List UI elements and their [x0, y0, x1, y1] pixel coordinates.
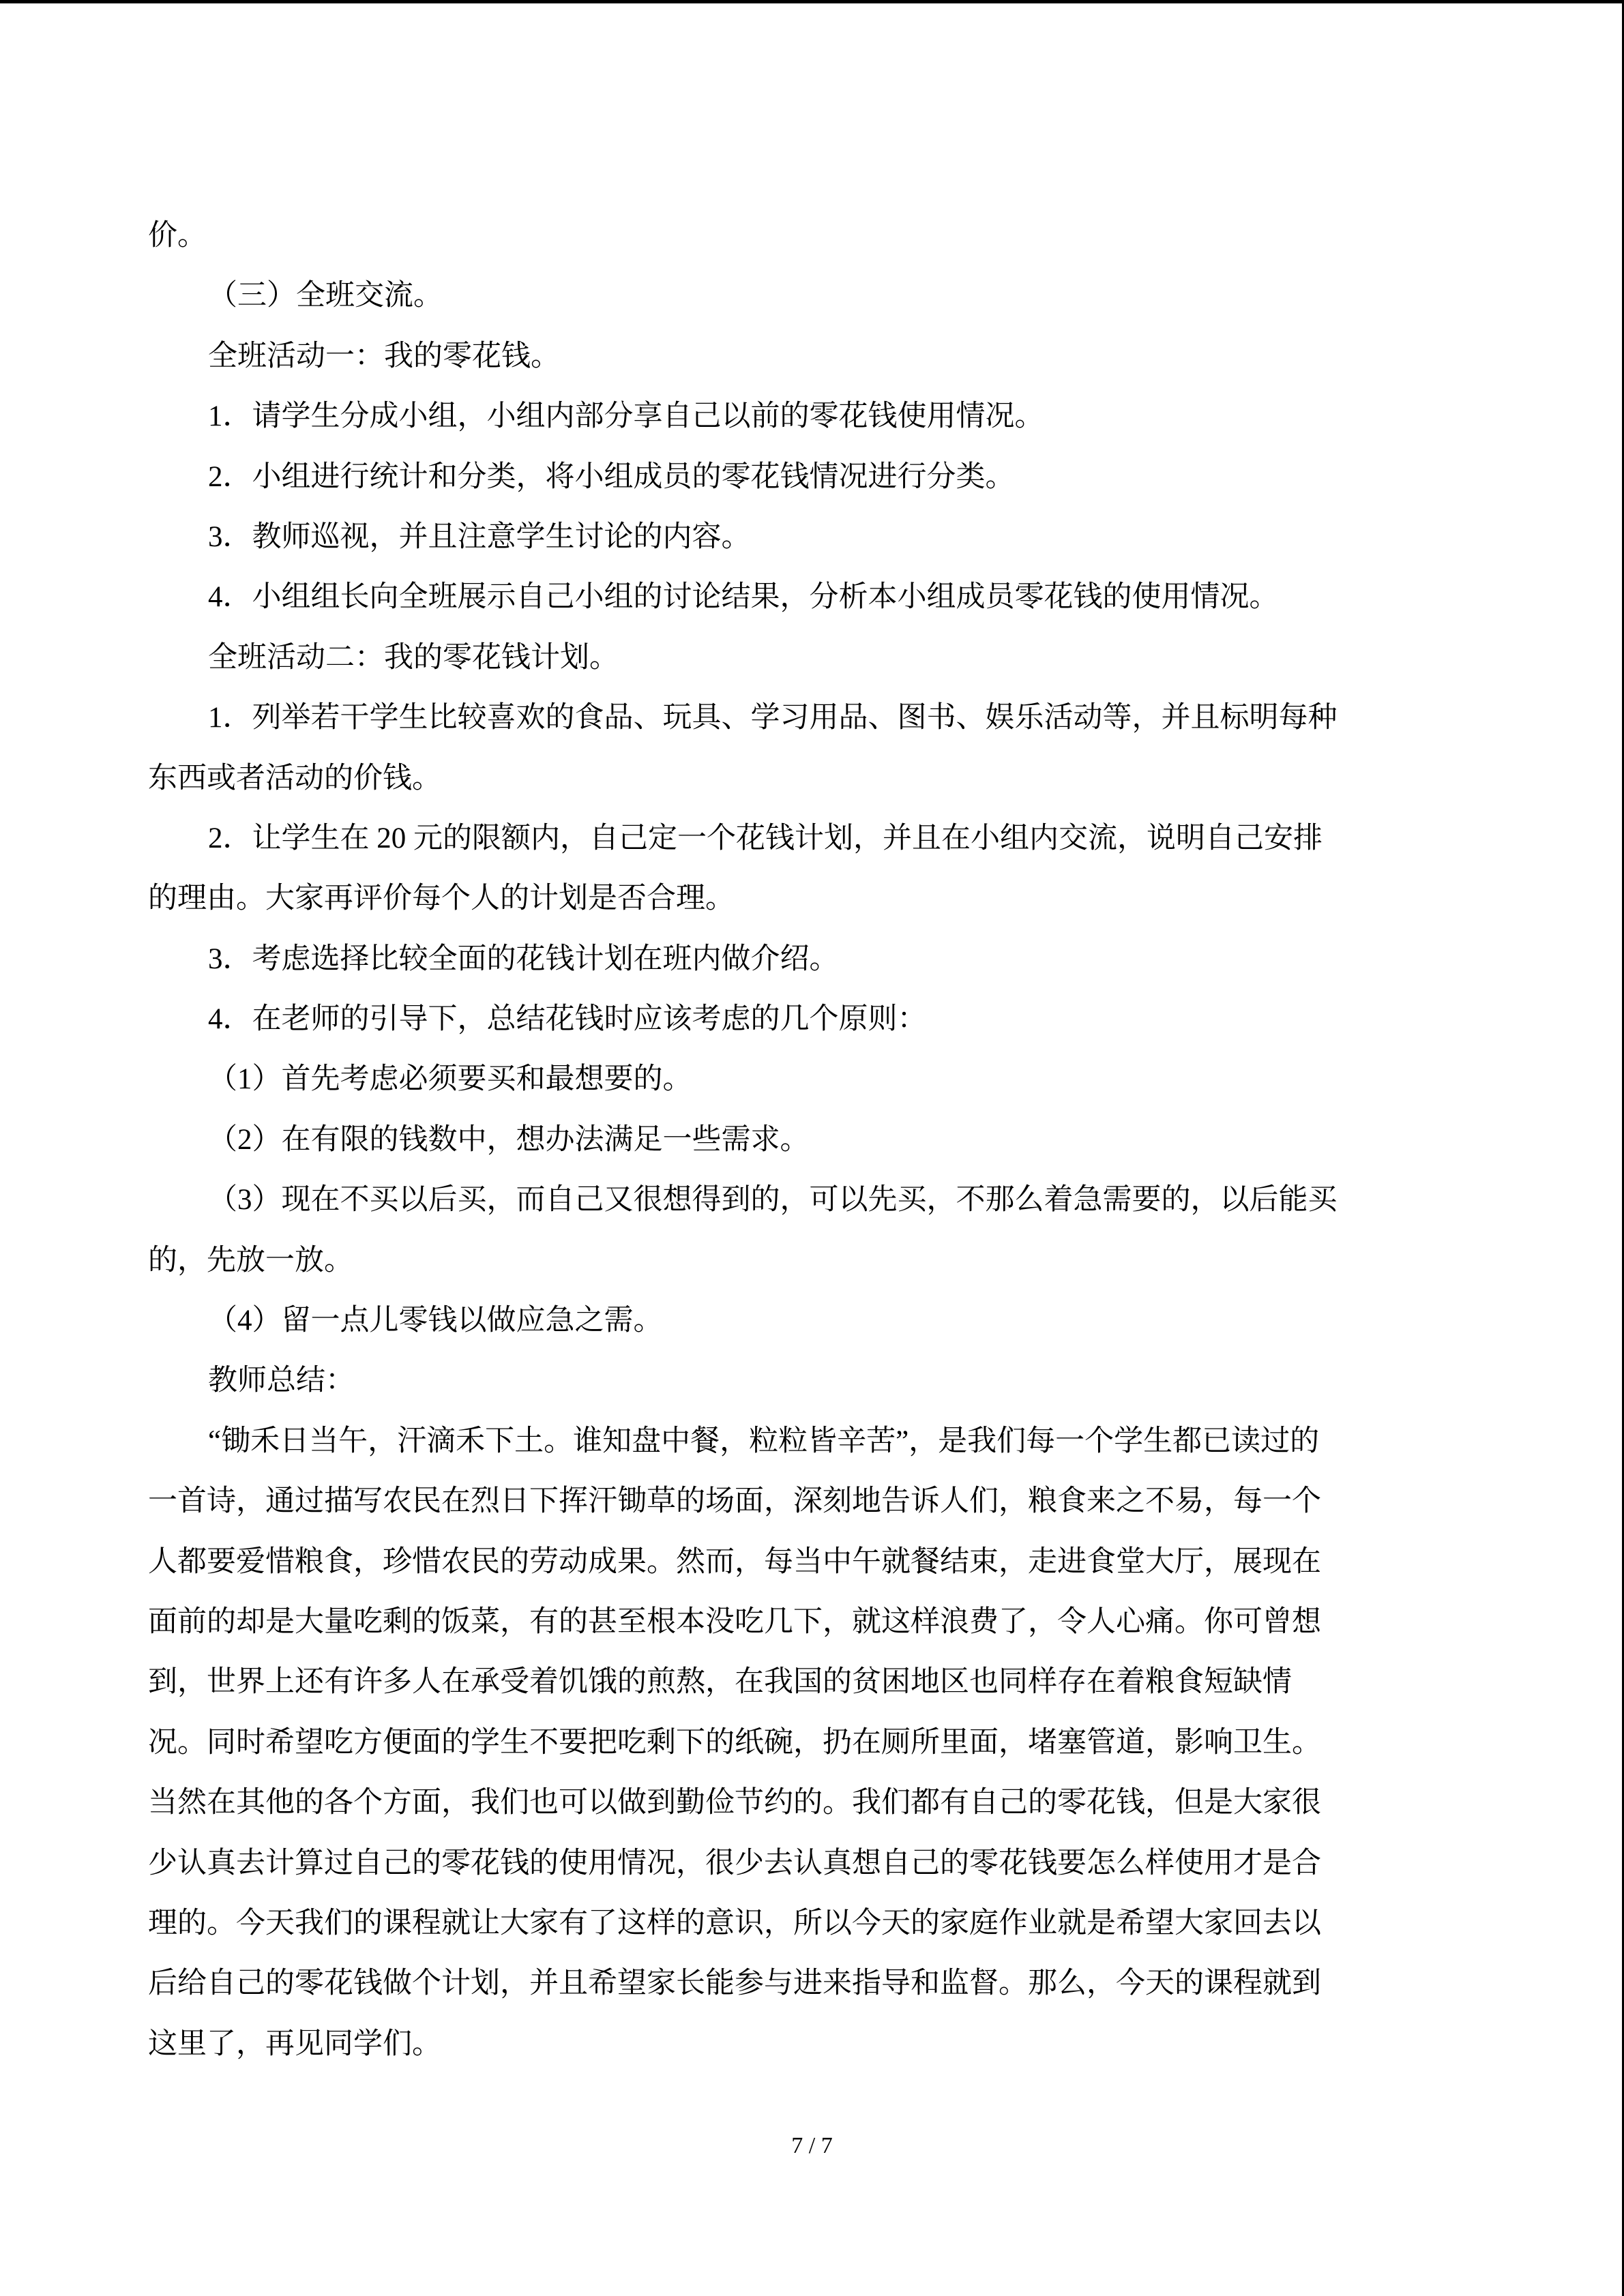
text-line: （3）现在不买以后买，而自己又很想得到的，可以先买，不那么着急需要的，以后能买 [148, 1170, 1526, 1230]
text-line: 的，先放一放。 [148, 1231, 1526, 1291]
text-line: 的理由。大家再评价每个人的计划是否合理。 [148, 869, 1526, 929]
text-line: 教师总结： [148, 1351, 1526, 1411]
text-line: 当然在其他的各个方面，我们也可以做到勤俭节约的。我们都有自己的零花钱，但是大家很 [148, 1773, 1526, 1833]
text-line: （三）全班交流。 [148, 266, 1526, 326]
text-line: 到，世界上还有许多人在承受着饥饿的煎熬，在我国的贫困地区也同样存在着粮食短缺情 [148, 1652, 1526, 1712]
page-top-border [0, 0, 1624, 3]
page-number: 7 / 7 [0, 2129, 1624, 2163]
text-line: 3．教师巡视，并且注意学生讨论的内容。 [148, 507, 1526, 567]
text-line: 这里了，再见同学们。 [148, 2014, 1526, 2074]
text-line: 1．列举若干学生比较喜欢的食品、玩具、学习用品、图书、娱乐活动等，并且标明每种 [148, 688, 1526, 748]
text-line: （1）首先考虑必须要买和最想要的。 [148, 1049, 1526, 1109]
text-line: 2．小组进行统计和分类，将小组成员的零花钱情况进行分类。 [148, 447, 1526, 507]
text-line: （4）留一点儿零钱以做应急之需。 [148, 1291, 1526, 1351]
text-line: 一首诗，通过描写农民在烈日下挥汗锄草的场面，深刻地告诉人们，粮食来之不易，每一个 [148, 1472, 1526, 1532]
text-line: 4．在老师的引导下，总结花钱时应该考虑的几个原则： [148, 989, 1526, 1049]
text-line: 全班活动二：我的零花钱计划。 [148, 628, 1526, 688]
text-line: 4．小组组长向全班展示自己小组的讨论结果，分析本小组成员零花钱的使用情况。 [148, 567, 1526, 627]
text-line: 全班活动一：我的零花钱。 [148, 327, 1526, 387]
document-page: 价。（三）全班交流。全班活动一：我的零花钱。1．请学生分成小组，小组内部分享自己… [0, 0, 1624, 2296]
text-line: 价。 [148, 206, 1526, 266]
text-line: 面前的却是大量吃剩的饭菜，有的甚至根本没吃几下，就这样浪费了，令人心痛。你可曾想 [148, 1592, 1526, 1652]
document-body: 价。（三）全班交流。全班活动一：我的零花钱。1．请学生分成小组，小组内部分享自己… [148, 206, 1526, 2074]
text-line: 2．让学生在 20 元的限额内，自己定一个花钱计划，并且在小组内交流，说明自己安… [148, 809, 1526, 869]
text-line: 1．请学生分成小组，小组内部分享自己以前的零花钱使用情况。 [148, 387, 1526, 447]
text-line: “锄禾日当午，汗滴禾下土。谁知盘中餐，粒粒皆辛苦”，是我们每一个学生都已读过的 [148, 1412, 1526, 1472]
text-line: （2）在有限的钱数中，想办法满足一些需求。 [148, 1110, 1526, 1170]
text-line: 理的。今天我们的课程就让大家有了这样的意识，所以今天的家庭作业就是希望大家回去以 [148, 1894, 1526, 1954]
text-line: 况。同时希望吃方便面的学生不要把吃剩下的纸碗，扔在厕所里面，堵塞管道，影响卫生。 [148, 1713, 1526, 1773]
text-line: 3．考虑选择比较全面的花钱计划在班内做介绍。 [148, 929, 1526, 989]
text-line: 东西或者活动的价钱。 [148, 749, 1526, 809]
text-line: 后给自己的零花钱做个计划，并且希望家长能参与进来指导和监督。那么，今天的课程就到 [148, 1954, 1526, 2014]
text-line: 少认真去计算过自己的零花钱的使用情况，很少去认真想自己的零花钱要怎么样使用才是合 [148, 1834, 1526, 1894]
text-line: 人都要爱惜粮食，珍惜农民的劳动成果。然而，每当中午就餐结束，走进食堂大厅，展现在 [148, 1532, 1526, 1592]
